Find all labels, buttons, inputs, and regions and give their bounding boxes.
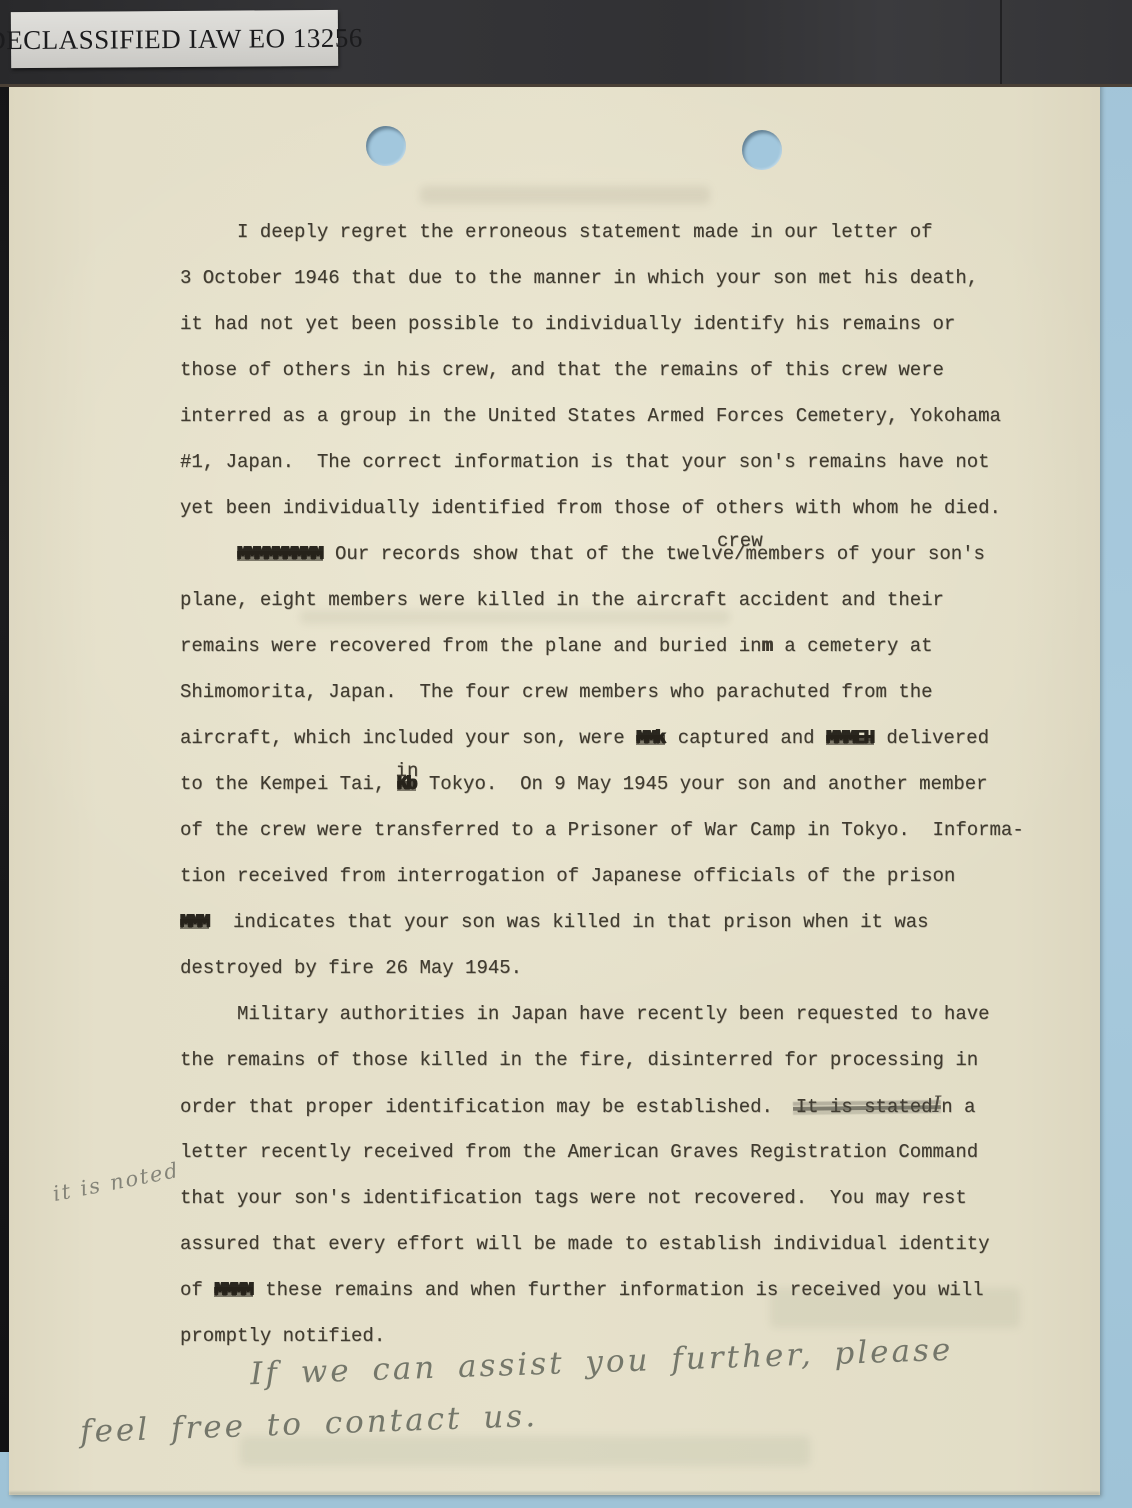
typed-text: Shimomorita, Japan. The four crew member… bbox=[180, 681, 933, 703]
typed-line: the remains of those killed in the fire,… bbox=[180, 1037, 1040, 1083]
hole-punch-right bbox=[742, 130, 782, 170]
typed-line: MMM indicates that your son was killed i… bbox=[180, 899, 1040, 945]
typed-line: plane, eight members were killed in the … bbox=[180, 577, 1040, 623]
typed-text: of bbox=[180, 1279, 214, 1301]
scanner-edge-strip bbox=[0, 0, 9, 1452]
declassified-stamp: DECLASSIFIED IAW EO 13256 bbox=[11, 10, 338, 68]
typed-text: I deeply regret the erroneous statement … bbox=[237, 221, 933, 243]
typed-line: #1, Japan. The correct information is th… bbox=[180, 439, 1040, 485]
typed-text: that your son's identification tags were… bbox=[180, 1187, 967, 1209]
overstruck-character: m bbox=[762, 635, 773, 657]
typed-line: Shimomorita, Japan. The four crew member… bbox=[180, 669, 1040, 715]
typed-body: I deeply regret the erroneous statement … bbox=[180, 209, 1040, 1359]
typed-text: n a bbox=[941, 1096, 975, 1118]
overstrike-redaction: MMMM bbox=[214, 1279, 254, 1301]
typed-line: of the crew were transferred to a Prison… bbox=[180, 807, 1040, 853]
typed-text: remains were recovered from the plane an… bbox=[180, 635, 762, 657]
typed-line: those of others in his crew, and that th… bbox=[180, 347, 1040, 393]
typed-text: assured that every effort will be made t… bbox=[180, 1233, 990, 1255]
typed-insertion-above: crew/ bbox=[734, 531, 745, 577]
typed-text: aircraft, which included your son, were bbox=[180, 727, 636, 749]
typed-line: assured that every effort will be made t… bbox=[180, 1221, 1040, 1267]
typed-line: tion received from interrogation of Japa… bbox=[180, 853, 1040, 899]
typed-text: of the crew were transferred to a Prison… bbox=[180, 819, 1024, 841]
typed-line: aircraft, which included your son, were … bbox=[180, 715, 1040, 761]
typed-line: to the Kempei Tai, inKb Tokyo. On 9 May … bbox=[180, 761, 1040, 807]
typed-line: MMMMMMMMM Our records show that of the t… bbox=[180, 531, 1040, 577]
typed-line: 3 October 1946 that due to the manner in… bbox=[180, 255, 1040, 301]
typed-text: tion received from interrogation of Japa… bbox=[180, 865, 955, 887]
typed-text: Military authorities in Japan have recen… bbox=[237, 1003, 990, 1025]
overstrike-redaction: Kb bbox=[397, 773, 418, 795]
typed-line: yet been individually identified from th… bbox=[180, 485, 1040, 531]
typed-text: those of others in his crew, and that th… bbox=[180, 359, 944, 381]
typed-line: Military authorities in Japan have recen… bbox=[180, 991, 1040, 1037]
overstrike-redaction: MMM bbox=[180, 911, 210, 933]
typed-line: of MMMM these remains and when further i… bbox=[180, 1267, 1040, 1313]
typed-text: it had not yet been possible to individu… bbox=[180, 313, 955, 335]
typed-text: Our records show that of the twelve bbox=[324, 543, 734, 565]
typed-text: members of your son's bbox=[746, 543, 985, 565]
typed-line: I deeply regret the erroneous statement … bbox=[180, 209, 1040, 255]
typed-text: these remains and when further informati… bbox=[254, 1279, 984, 1301]
bleed-through-smudge bbox=[420, 186, 710, 204]
typed-text: order that proper identification may be … bbox=[180, 1096, 796, 1118]
hole-punch-left bbox=[366, 126, 406, 166]
typed-text: #1, Japan. The correct information is th… bbox=[180, 451, 990, 473]
typed-line: destroyed by fire 26 May 1945. bbox=[180, 945, 1040, 991]
overstrike-redaction: MMMMMMMMM bbox=[237, 543, 324, 565]
overstrike-redaction: MMk bbox=[636, 727, 666, 749]
typed-text: yet been individually identified from th… bbox=[180, 497, 1001, 519]
typed-text: delivered bbox=[875, 727, 989, 749]
typed-text: indicates that your son was killed in th… bbox=[210, 911, 928, 933]
typed-line: interred as a group in the United States… bbox=[180, 393, 1040, 439]
typed-insertion-above: inKb bbox=[397, 761, 418, 807]
typed-text: captured and bbox=[666, 727, 826, 749]
typed-text: 3 October 1946 that due to the manner in… bbox=[180, 267, 978, 289]
inserted-word: crew bbox=[717, 532, 763, 551]
typed-text: Tokyo. On 9 May 1945 your son and anothe… bbox=[417, 773, 987, 795]
scanner-bar-seam bbox=[1000, 0, 1002, 84]
typed-text: letter recently received from the Americ… bbox=[180, 1141, 978, 1163]
typed-text: a cemetery at bbox=[773, 635, 933, 657]
typed-line: that your son's identification tags were… bbox=[180, 1175, 1040, 1221]
pencil-strikethrough: It is stated bbox=[796, 1096, 933, 1118]
typed-line: letter recently received from the Americ… bbox=[180, 1129, 1040, 1175]
typed-text: interred as a group in the United States… bbox=[180, 405, 1001, 427]
overstrike-redaction: MMMEH bbox=[826, 727, 875, 749]
typed-text: plane, eight members were killed in the … bbox=[180, 589, 944, 611]
typed-text: to the Kempei Tai, bbox=[180, 773, 397, 795]
typed-text: the remains of those killed in the fire,… bbox=[180, 1049, 978, 1071]
typed-text: promptly notified. bbox=[180, 1325, 385, 1347]
paper-bottom-edge bbox=[9, 1492, 1100, 1495]
typed-line: it had not yet been possible to individu… bbox=[180, 301, 1040, 347]
typed-line: remains were recovered from the plane an… bbox=[180, 623, 1040, 669]
typed-text: destroyed by fire 26 May 1945. bbox=[180, 957, 522, 979]
typed-line: order that proper identification may be … bbox=[180, 1083, 1040, 1129]
